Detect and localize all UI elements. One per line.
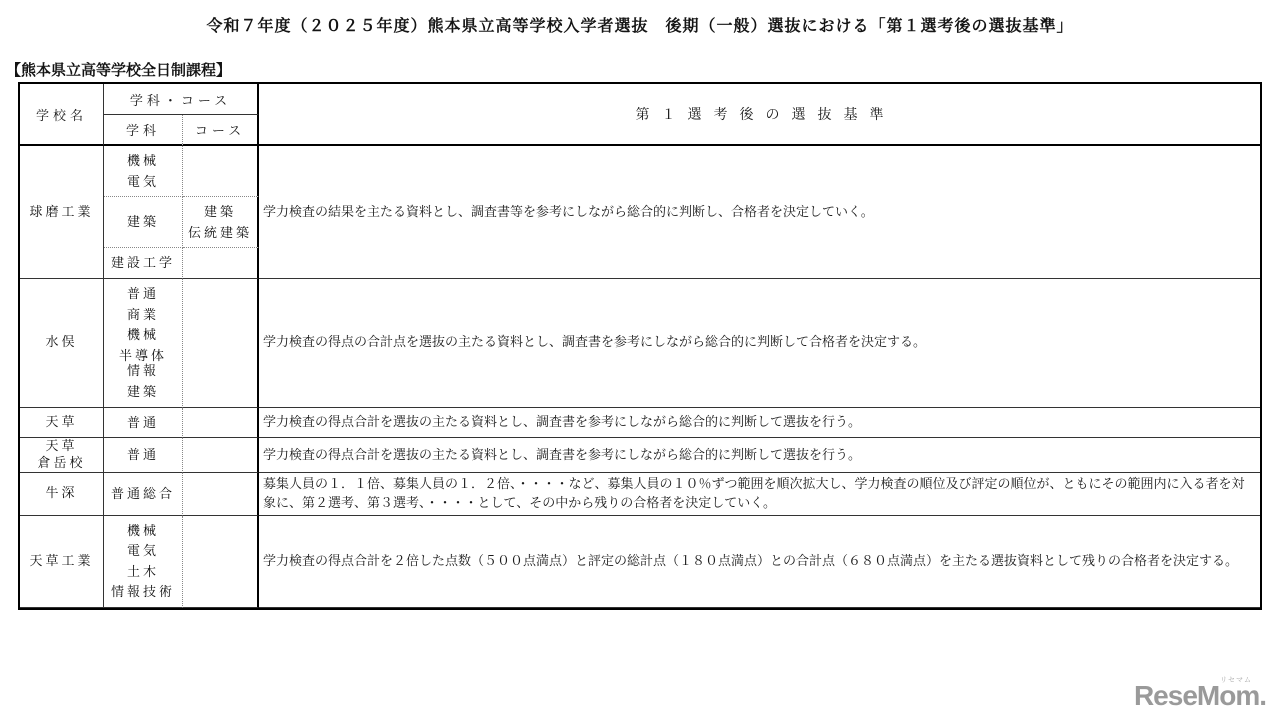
logo-ruby-text: リセマム xyxy=(1220,677,1252,684)
cell-item-line: 情報 xyxy=(104,363,182,379)
dept-cell: 普通商業機械半導体情報建築 xyxy=(104,279,183,408)
selection-criteria-table: 学校名 学科・コース 第１選考後の選抜基準 学科 コース 球磨工業機械電気学力検… xyxy=(18,82,1262,610)
criteria-cell: 学力検査の結果を主たる資料とし、調査書等を参考にしながら総合的に判断し、合格者を… xyxy=(259,146,1260,279)
school-name-line: 倉岳校 xyxy=(20,455,103,472)
school-name-cell: 球磨工業 xyxy=(20,146,104,279)
cell-item: 電気 xyxy=(104,174,182,190)
school-name-line: 球磨工業 xyxy=(20,204,103,221)
dept-cell: 建築 xyxy=(104,197,183,248)
cell-item: 普通 xyxy=(104,447,182,463)
cell-item-line: 土木 xyxy=(104,564,182,580)
cell-item-line: 機械 xyxy=(104,153,182,169)
dept-cell: 機械電気 xyxy=(104,146,183,197)
school-name-line: 天草 xyxy=(20,438,103,455)
course-cell xyxy=(183,473,259,516)
school-name-line: 牛深 xyxy=(20,485,103,502)
dept-cell: 機械電気土木情報技術 xyxy=(104,516,183,608)
resemom-logo: リセマム ReseMom. xyxy=(1134,682,1266,710)
cell-item-line: 機械 xyxy=(104,327,182,343)
logo-text: ReseMom. xyxy=(1134,680,1266,711)
cell-item: 伝統建築 xyxy=(183,225,257,241)
school-name-cell: 天草工業 xyxy=(20,516,104,608)
cell-item-line: 普通 xyxy=(104,447,182,463)
cell-item: 機械 xyxy=(104,153,182,169)
cell-item: 建築 xyxy=(104,214,182,230)
cell-item: 建築 xyxy=(104,384,182,400)
cell-item-line: 情報技術 xyxy=(104,584,182,600)
cell-item: 半導体情報 xyxy=(104,348,182,379)
cell-item-line: 伝統建築 xyxy=(183,225,257,241)
criteria-cell: 学力検査の得点合計を２倍した点数（５００点満点）と評定の総計点（１８０点満点）と… xyxy=(259,516,1260,608)
header-dept-course: 学科・コース xyxy=(104,84,259,115)
cell-item: 商業 xyxy=(104,307,182,323)
section-label: 【熊本県立高等学校全日制課程】 xyxy=(6,59,1280,80)
table-row: 天草普通学力検査の得点合計を選抜の主たる資料とし、調査書を参考にしながら総合的に… xyxy=(20,408,1260,439)
table-row: 牛深普通総合募集人員の１．１倍、募集人員の１．２倍、・・・・など、募集人員の１０… xyxy=(20,473,1260,516)
table-body: 球磨工業機械電気学力検査の結果を主たる資料とし、調査書等を参考にしながら総合的に… xyxy=(20,146,1260,608)
cell-item-line: 商業 xyxy=(104,307,182,323)
cell-item: 電気 xyxy=(104,543,182,559)
course-cell xyxy=(183,248,259,279)
table-header: 学校名 学科・コース 第１選考後の選抜基準 学科 コース xyxy=(20,84,1260,146)
cell-item-line: 建設工学 xyxy=(104,255,182,271)
cell-item-line: 半導体 xyxy=(104,348,182,364)
cell-item: 建築 xyxy=(183,204,257,220)
course-cell xyxy=(183,516,259,608)
cell-item: 機械 xyxy=(104,523,182,539)
school-name-line: 天草 xyxy=(20,414,103,431)
dept-cell: 建設工学 xyxy=(104,248,183,279)
header-dept: 学科 xyxy=(104,115,183,146)
table-row: 水俣普通商業機械半導体情報建築学力検査の得点の合計点を選抜の主たる資料とし、調査… xyxy=(20,279,1260,408)
cell-item-line: 普通総合 xyxy=(104,486,182,502)
cell-item: 土木 xyxy=(104,564,182,580)
header-course: コース xyxy=(183,115,259,146)
course-cell xyxy=(183,438,259,473)
cell-item: 建設工学 xyxy=(104,255,182,271)
table-row: 球磨工業機械電気学力検査の結果を主たる資料とし、調査書等を参考にしながら総合的に… xyxy=(20,146,1260,197)
criteria-cell: 学力検査の得点合計を選抜の主たる資料とし、調査書を参考にしながら総合的に判断して… xyxy=(259,408,1260,439)
cell-item: 普通総合 xyxy=(104,486,182,502)
criteria-cell: 学力検査の得点の合計点を選抜の主たる資料とし、調査書を参考にしながら総合的に判断… xyxy=(259,279,1260,408)
header-school-name: 学校名 xyxy=(20,84,104,146)
school-name-line: 天草工業 xyxy=(20,553,103,570)
cell-item-line: 機械 xyxy=(104,523,182,539)
dept-cell: 普通 xyxy=(104,438,183,473)
school-name-cell: 天草倉岳校 xyxy=(20,438,104,473)
cell-item: 情報技術 xyxy=(104,584,182,600)
school-name-cell: 牛深 xyxy=(20,473,104,516)
page-title: 令和７年度（２０２５年度）熊本県立高等学校入学者選抜 後期（一般）選抜における「… xyxy=(0,13,1280,36)
cell-item: 普通 xyxy=(104,286,182,302)
cell-item-line: 電気 xyxy=(104,174,182,190)
dept-cell: 普通 xyxy=(104,408,183,439)
course-cell xyxy=(183,279,259,408)
cell-item-line: 建築 xyxy=(183,204,257,220)
header-criteria: 第１選考後の選抜基準 xyxy=(259,84,1260,146)
table-row: 天草倉岳校普通学力検査の得点合計を選抜の主たる資料とし、調査書を参考にしながら総… xyxy=(20,438,1260,473)
cell-item-line: 建築 xyxy=(104,214,182,230)
cell-item: 機械 xyxy=(104,327,182,343)
cell-item-line: 電気 xyxy=(104,543,182,559)
cell-item-line: 普通 xyxy=(104,286,182,302)
header-row-1: 学校名 学科・コース 第１選考後の選抜基準 xyxy=(20,84,1260,115)
cell-item: 普通 xyxy=(104,415,182,431)
cell-item-line: 建築 xyxy=(104,384,182,400)
criteria-cell: 学力検査の得点合計を選抜の主たる資料とし、調査書を参考にしながら総合的に判断して… xyxy=(259,438,1260,473)
school-name-cell: 天草 xyxy=(20,408,104,439)
course-cell xyxy=(183,146,259,197)
dept-cell: 普通総合 xyxy=(104,473,183,516)
cell-item-line: 普通 xyxy=(104,415,182,431)
school-name-cell: 水俣 xyxy=(20,279,104,408)
table-row: 天草工業機械電気土木情報技術学力検査の得点合計を２倍した点数（５００点満点）と評… xyxy=(20,516,1260,608)
course-cell xyxy=(183,408,259,439)
school-name-line: 水俣 xyxy=(20,334,103,351)
course-cell: 建築伝統建築 xyxy=(183,197,259,248)
criteria-cell: 募集人員の１．１倍、募集人員の１．２倍、・・・・など、募集人員の１０％ずつ範囲を… xyxy=(259,473,1260,516)
